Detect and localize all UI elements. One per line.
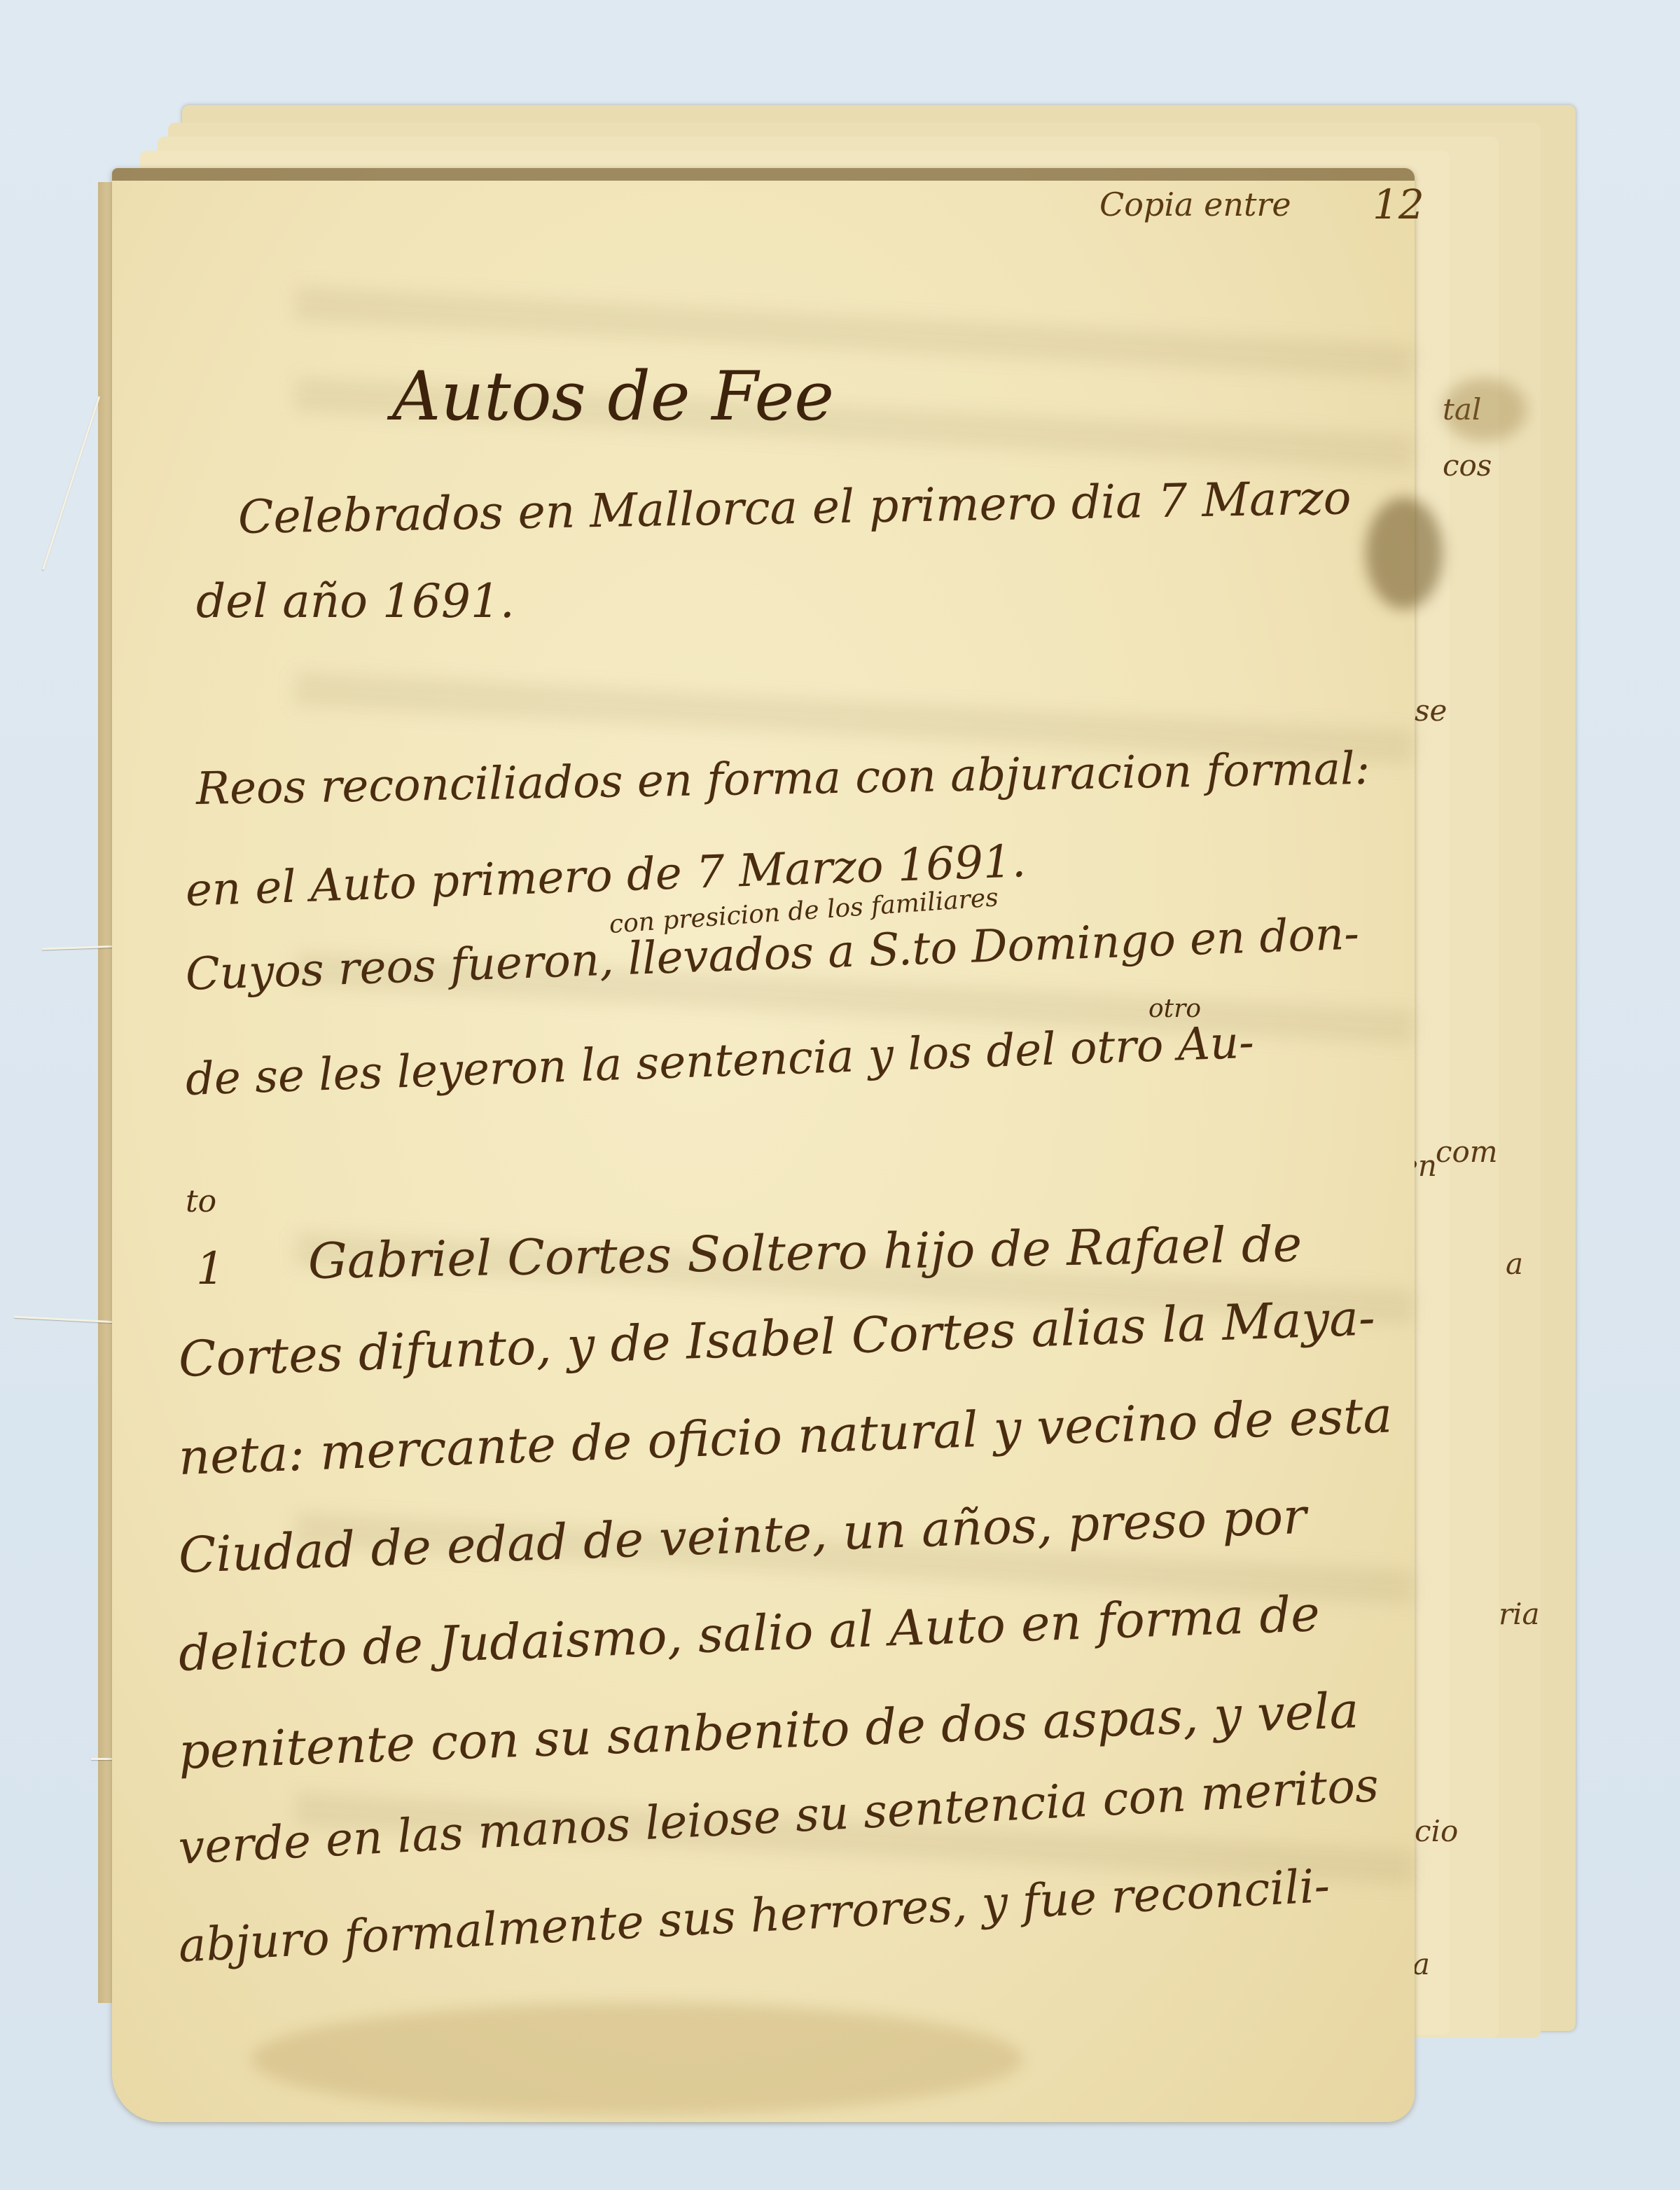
- header-note: Copia entre: [1099, 186, 1291, 223]
- folio-number: 12: [1373, 181, 1424, 228]
- water-stain: [1443, 378, 1527, 441]
- intro-line: to: [186, 1184, 216, 1219]
- subtitle-line: del año 1691.: [196, 574, 515, 628]
- water-stain: [252, 2003, 1022, 2115]
- margin-fragment: se: [1415, 693, 1447, 728]
- margin-fragment: com: [1436, 1135, 1498, 1169]
- margin-fragment: ria: [1499, 1597, 1540, 1631]
- margin-fragment: cio: [1415, 1814, 1458, 1848]
- margin-fragment: cos: [1443, 448, 1492, 483]
- page-top-edge: [112, 168, 1415, 181]
- ink-stain: [1366, 497, 1443, 609]
- margin-fragment: a: [1506, 1247, 1523, 1281]
- document-title: Autos de Fee: [392, 357, 834, 436]
- entry-number: 1: [196, 1243, 225, 1295]
